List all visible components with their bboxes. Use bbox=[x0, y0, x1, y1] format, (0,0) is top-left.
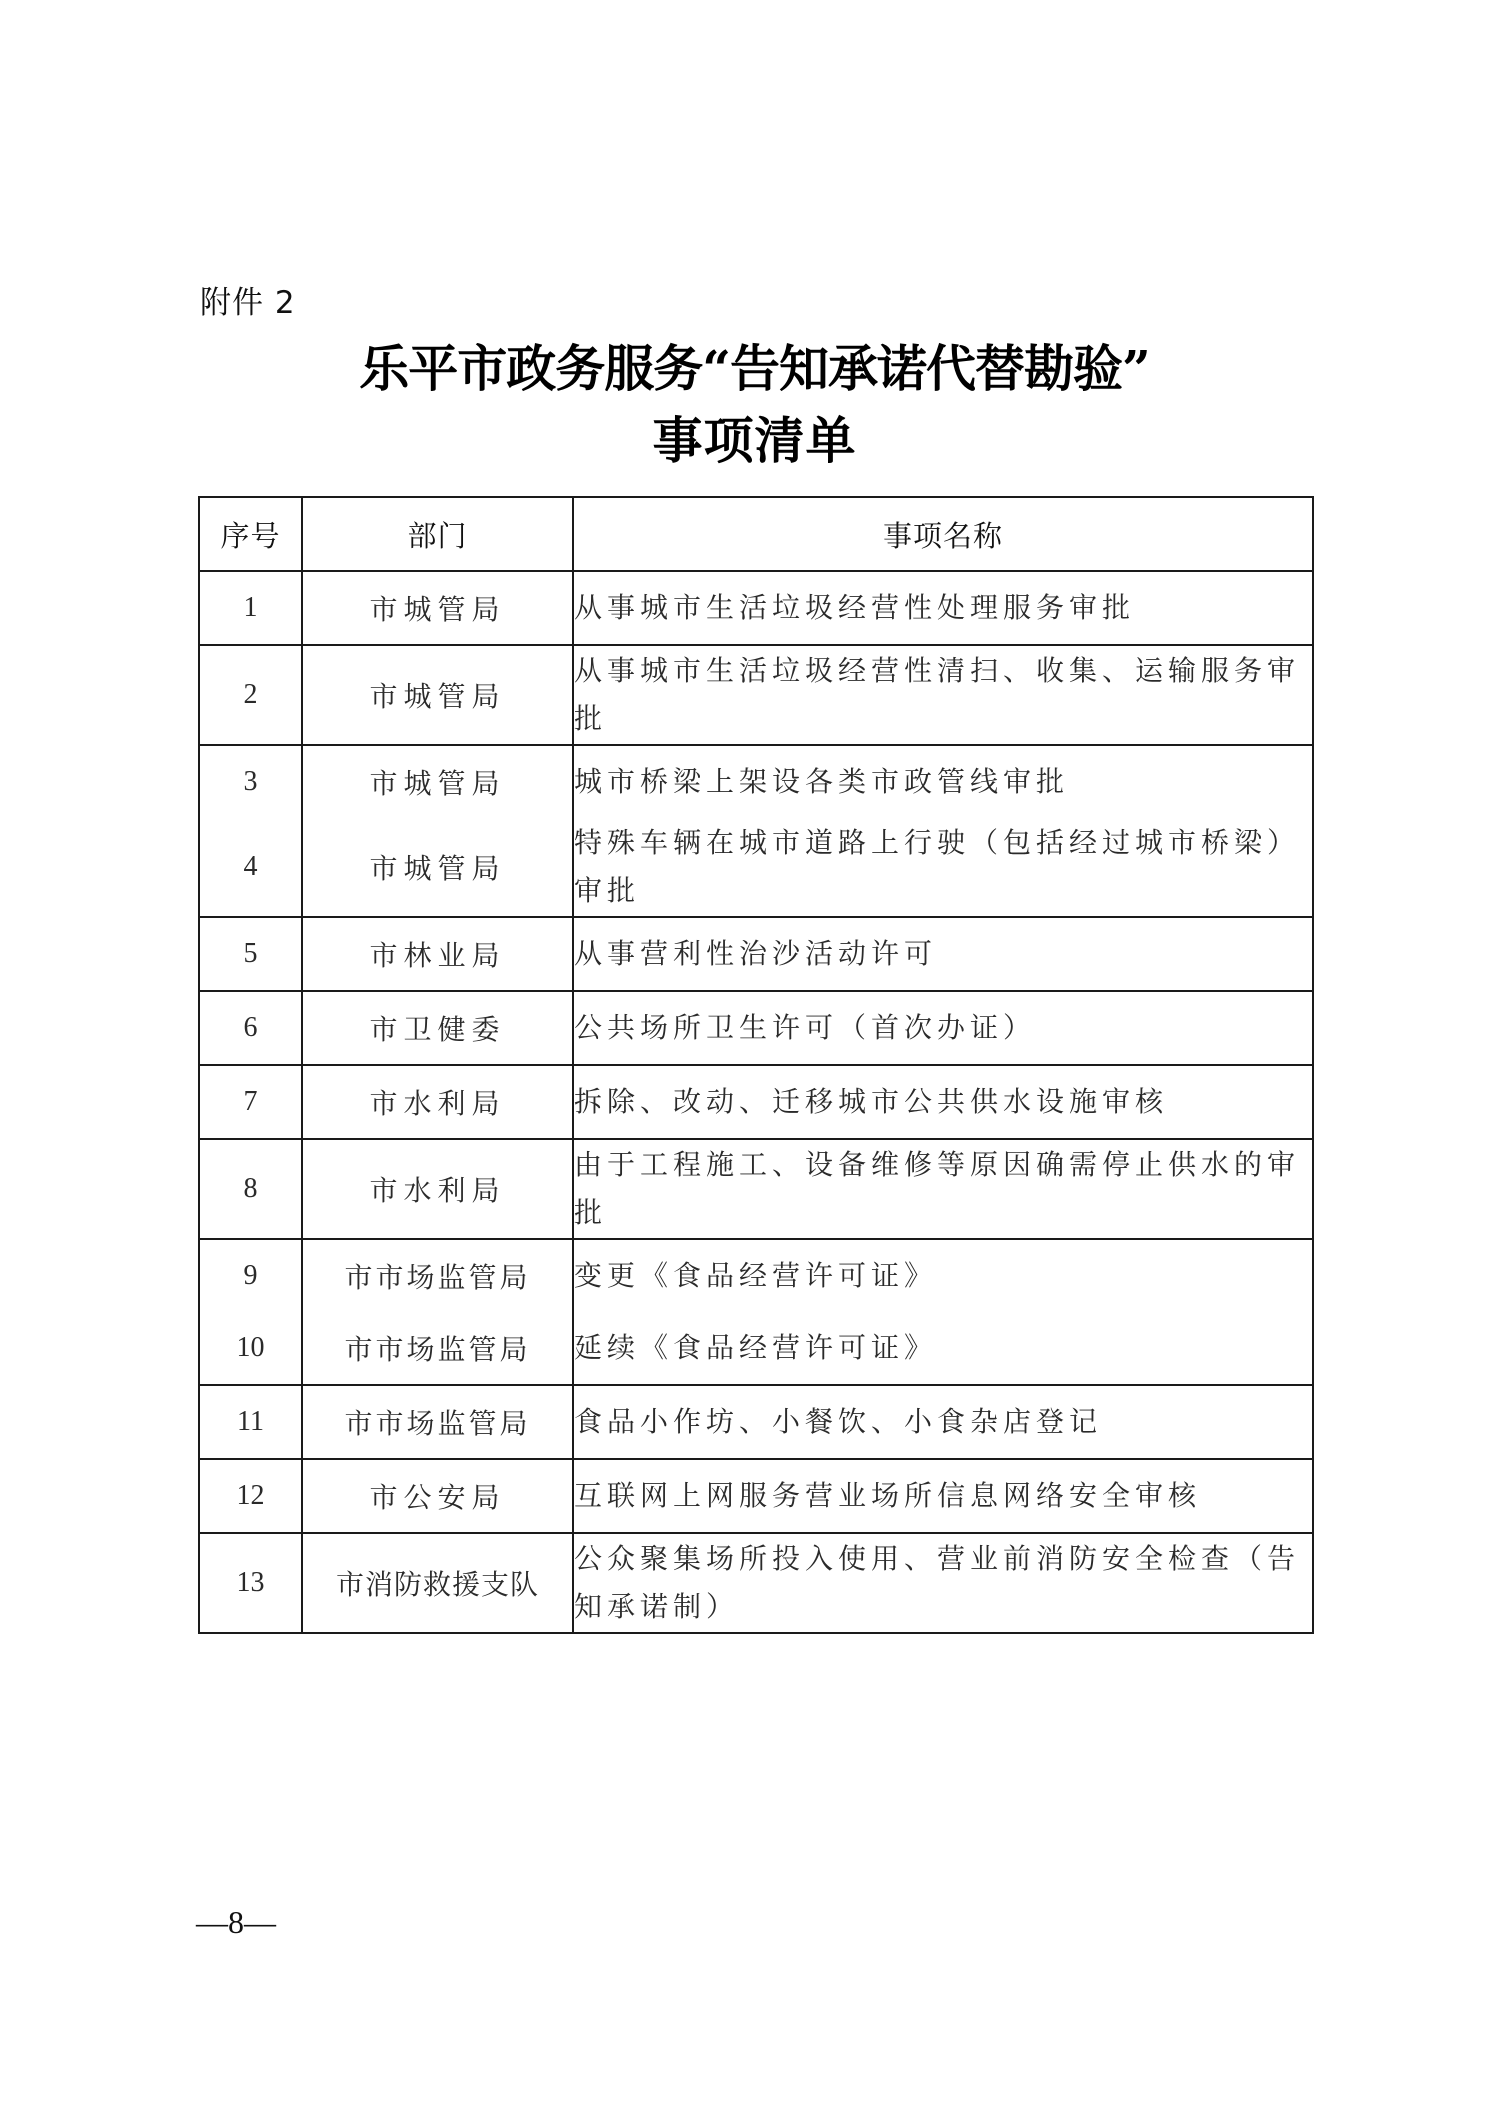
department: 市水利局 bbox=[302, 1065, 573, 1139]
table-row: 12 市公安局 互联网上网服务营业场所信息网络安全审核 bbox=[199, 1459, 1313, 1533]
items-table: 序号 部门 事项名称 1 市城管局 从事城市生活垃圾经营性处理服务审批 2 市城… bbox=[198, 496, 1314, 1634]
table-row: 7 市水利局 拆除、改动、迁移城市公共供水设施审核 bbox=[199, 1065, 1313, 1139]
serial-number: 13 bbox=[199, 1533, 302, 1633]
table-row: 8 市水利局 由于工程施工、设备维修等原因确需停止供水的审批 bbox=[199, 1139, 1313, 1239]
department: 市城管局 bbox=[302, 645, 573, 745]
item-name: 变更《食品经营许可证》 bbox=[573, 1239, 1313, 1312]
item-name: 食品小作坊、小餐饮、小食杂店登记 bbox=[573, 1385, 1313, 1459]
item-name: 特殊车辆在城市道路上行驶（包括经过城市桥梁）审批 bbox=[573, 818, 1313, 917]
department: 市城管局 bbox=[302, 745, 573, 818]
table-row: 4 市城管局 特殊车辆在城市道路上行驶（包括经过城市桥梁）审批 bbox=[199, 818, 1313, 917]
table-row: 5 市林业局 从事营利性治沙活动许可 bbox=[199, 917, 1313, 991]
table-row: 10 市市场监管局 延续《食品经营许可证》 bbox=[199, 1312, 1313, 1385]
department: 市卫健委 bbox=[302, 991, 573, 1065]
serial-number: 3 bbox=[199, 745, 302, 818]
document-page: 附件 2 乐平市政务服务“告知承诺代替勘验” 事项清单 序号 部门 事项名称 1… bbox=[0, 0, 1488, 2104]
item-name: 由于工程施工、设备维修等原因确需停止供水的审批 bbox=[573, 1139, 1313, 1239]
serial-number: 1 bbox=[199, 571, 302, 645]
item-name: 公共场所卫生许可（首次办证） bbox=[573, 991, 1313, 1065]
item-name: 城市桥梁上架设各类市政管线审批 bbox=[573, 745, 1313, 818]
header-serial-number: 序号 bbox=[199, 497, 302, 571]
department: 市市场监管局 bbox=[302, 1385, 573, 1459]
document-title-line2: 事项清单 bbox=[198, 408, 1311, 474]
page-number: —8— bbox=[196, 1902, 276, 1942]
serial-number: 11 bbox=[199, 1385, 302, 1459]
item-name: 互联网上网服务营业场所信息网络安全审核 bbox=[573, 1459, 1313, 1533]
table-row: 6 市卫健委 公共场所卫生许可（首次办证） bbox=[199, 991, 1313, 1065]
item-name: 延续《食品经营许可证》 bbox=[573, 1312, 1313, 1385]
table-row: 3 市城管局 城市桥梁上架设各类市政管线审批 bbox=[199, 745, 1313, 818]
department: 市林业局 bbox=[302, 917, 573, 991]
table-header-row: 序号 部门 事项名称 bbox=[199, 497, 1313, 571]
item-name: 公众聚集场所投入使用、营业前消防安全检查（告知承诺制） bbox=[573, 1533, 1313, 1633]
department: 市市场监管局 bbox=[302, 1239, 573, 1312]
department: 市消防救援支队 bbox=[302, 1533, 573, 1633]
serial-number: 12 bbox=[199, 1459, 302, 1533]
serial-number: 2 bbox=[199, 645, 302, 745]
table-row: 9 市市场监管局 变更《食品经营许可证》 bbox=[199, 1239, 1313, 1312]
serial-number: 6 bbox=[199, 991, 302, 1065]
header-item-name: 事项名称 bbox=[573, 497, 1313, 571]
attachment-label: 附件 2 bbox=[200, 283, 296, 323]
department: 市公安局 bbox=[302, 1459, 573, 1533]
header-department: 部门 bbox=[302, 497, 573, 571]
document-title-line1: 乐平市政务服务“告知承诺代替勘验” bbox=[198, 336, 1311, 402]
department: 市市场监管局 bbox=[302, 1312, 573, 1385]
serial-number: 8 bbox=[199, 1139, 302, 1239]
serial-number: 4 bbox=[199, 818, 302, 917]
serial-number: 10 bbox=[199, 1312, 302, 1385]
item-name: 从事城市生活垃圾经营性处理服务审批 bbox=[573, 571, 1313, 645]
serial-number: 5 bbox=[199, 917, 302, 991]
table-row: 13 市消防救援支队 公众聚集场所投入使用、营业前消防安全检查（告知承诺制） bbox=[199, 1533, 1313, 1633]
item-name: 拆除、改动、迁移城市公共供水设施审核 bbox=[573, 1065, 1313, 1139]
item-name: 从事城市生活垃圾经营性清扫、收集、运输服务审批 bbox=[573, 645, 1313, 745]
table-row: 2 市城管局 从事城市生活垃圾经营性清扫、收集、运输服务审批 bbox=[199, 645, 1313, 745]
serial-number: 7 bbox=[199, 1065, 302, 1139]
department: 市城管局 bbox=[302, 571, 573, 645]
table-row: 1 市城管局 从事城市生活垃圾经营性处理服务审批 bbox=[199, 571, 1313, 645]
item-name: 从事营利性治沙活动许可 bbox=[573, 917, 1313, 991]
department: 市城管局 bbox=[302, 818, 573, 917]
serial-number: 9 bbox=[199, 1239, 302, 1312]
table-row: 11 市市场监管局 食品小作坊、小餐饮、小食杂店登记 bbox=[199, 1385, 1313, 1459]
department: 市水利局 bbox=[302, 1139, 573, 1239]
